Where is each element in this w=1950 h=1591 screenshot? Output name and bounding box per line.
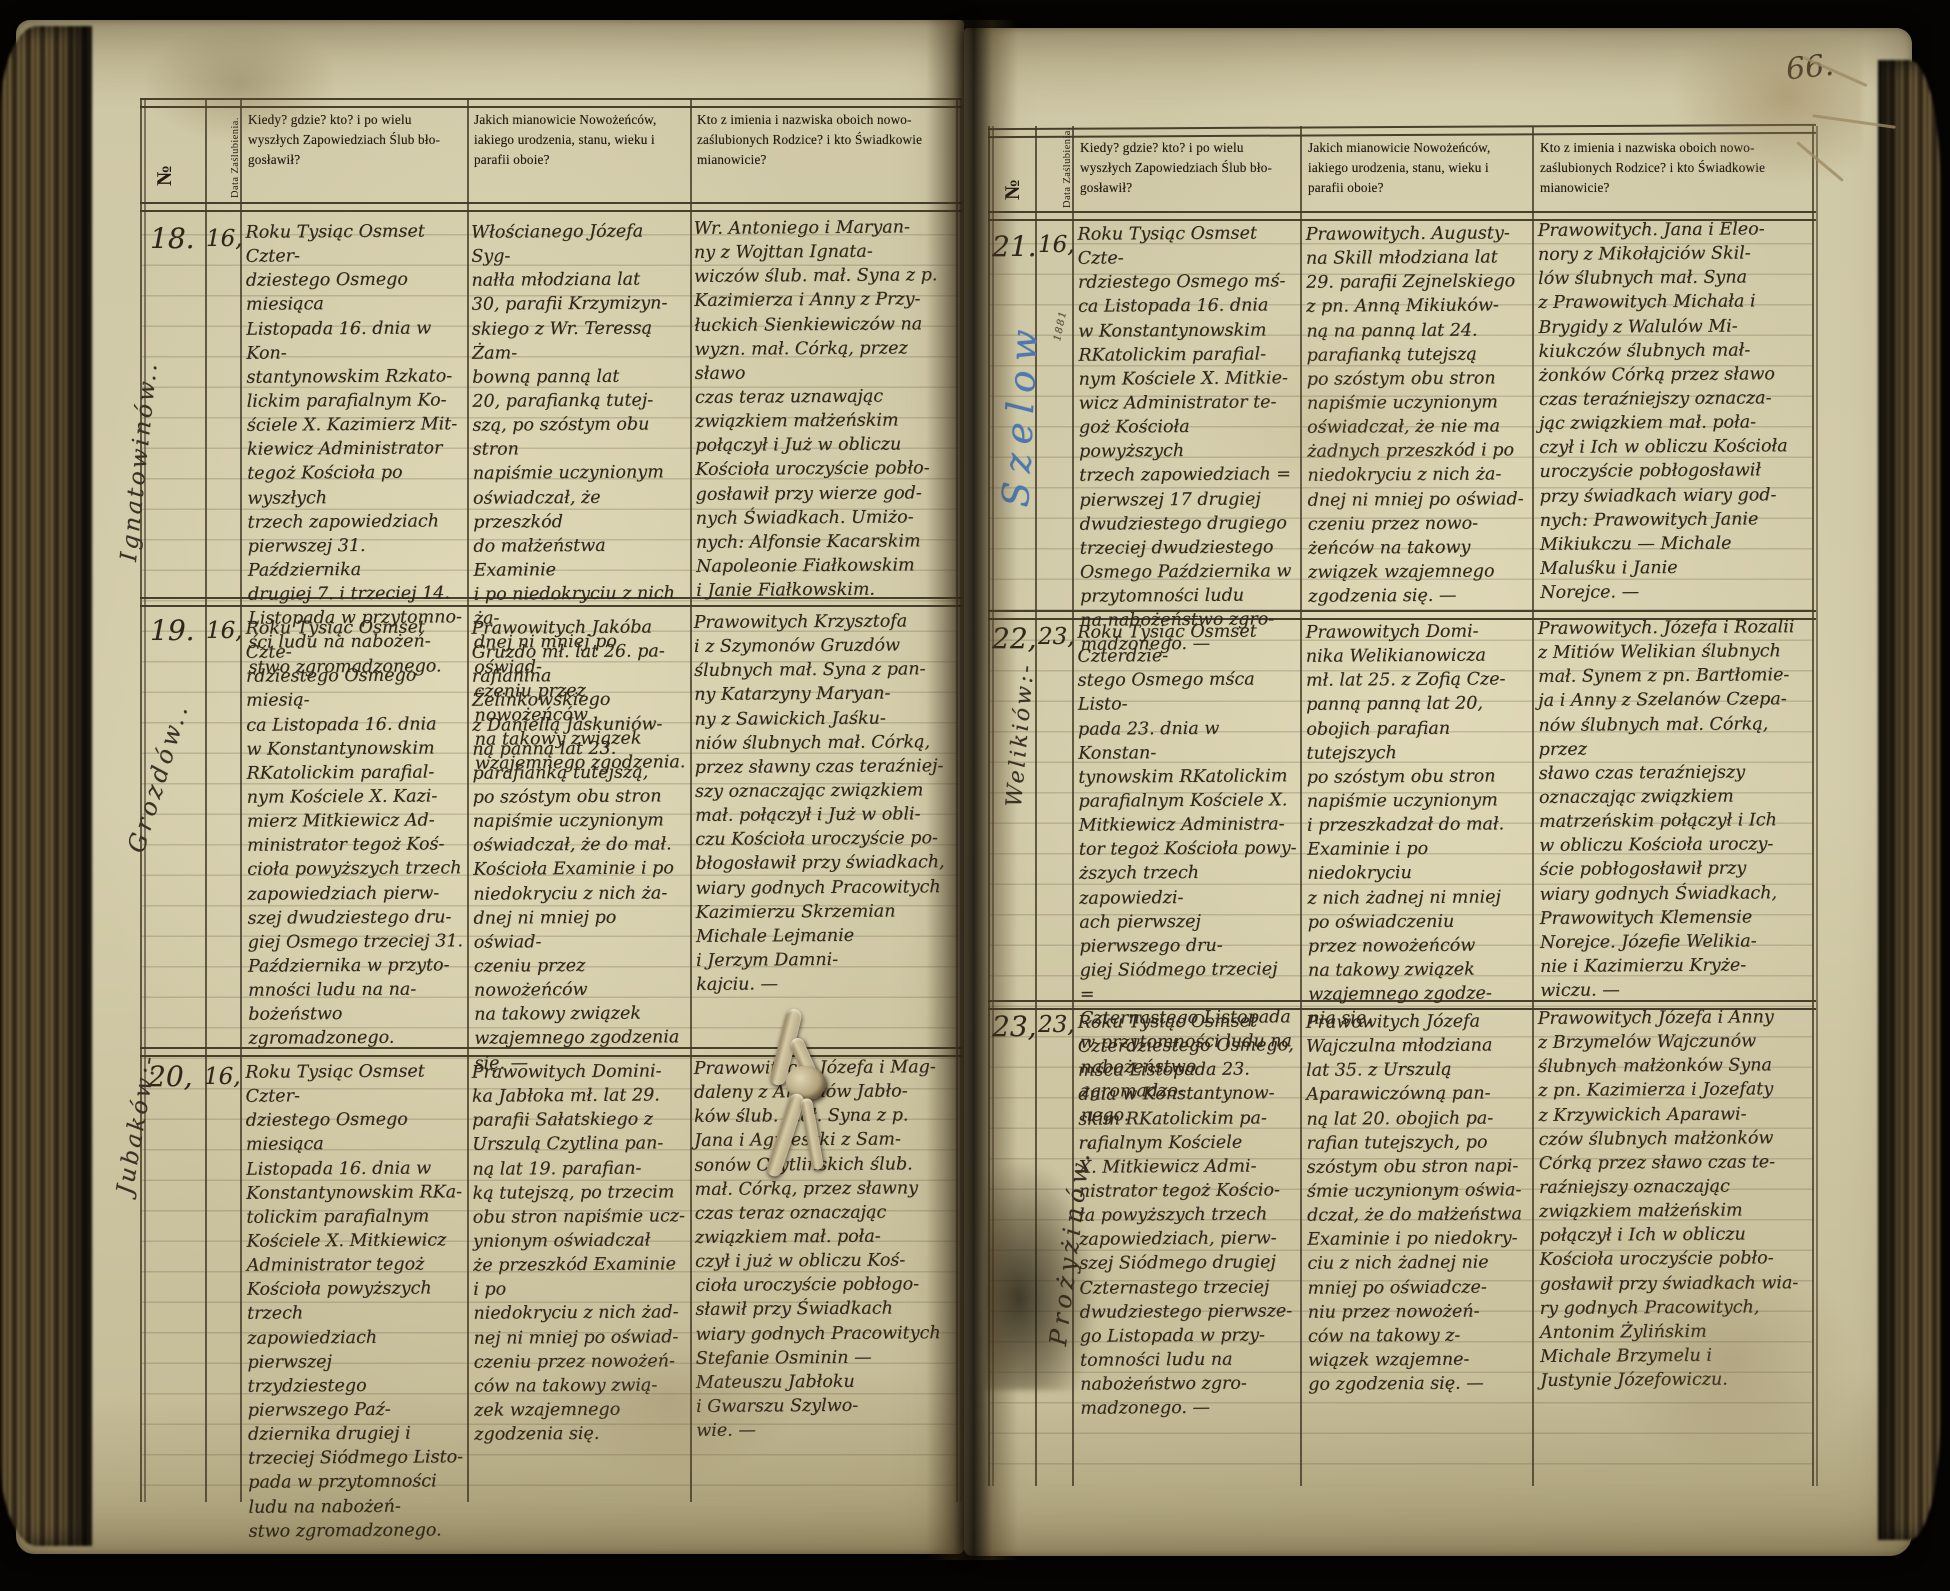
left-col-line-4	[690, 98, 692, 1502]
entry-22-parents-cell: Prawowitych. Józefa i Rozalii z Mitiów W…	[1538, 615, 1811, 1003]
right-header-when: Kiedy? gdzie? kto? i po wielu wyszłych Z…	[1080, 138, 1296, 197]
entry-23-newlyweds-cell: Prawowitych Józefa Wajczulna młodziana l…	[1306, 1009, 1531, 1397]
entry-18-date: 16,	[206, 226, 243, 252]
entry-19-number: 19.	[150, 614, 195, 647]
paper-stain	[540, 1320, 800, 1480]
entry-18-parents-cell: Wr. Antoniego i Maryan- ny z Wojttan Ign…	[694, 215, 963, 603]
entry-22-newlyweds-cell: Prawowitych Domi- nika Welikianowicza mł…	[1306, 619, 1531, 1031]
binding-cord	[748, 1008, 888, 1198]
frayed-corner-threads	[1672, 36, 1862, 186]
entry-19-when-cell: Roku Tysiąc Osmset Czte- rdziestego Osme…	[245, 615, 466, 1051]
left-header-bottom-rule	[140, 202, 962, 212]
entry-21-date: 16,	[1038, 232, 1075, 258]
left-header-newlyweds: Jakich mianowicie Nowożeńców, iakiego ur…	[474, 110, 686, 169]
paper-stain	[140, 24, 340, 144]
left-header-parents-witnesses: Kto z imienia i nazwiska oboich nowo- za…	[697, 110, 957, 169]
entry-19-parents-cell: Prawowitych Krzysztofa i z Szymonów Gruz…	[694, 609, 963, 997]
right-header-newlyweds: Jakich mianowicie Nowożeńców, iakiego ur…	[1308, 138, 1528, 197]
entry-19-newlyweds-cell: Prawowitych Jakóba Gruzdo mł. lat 26. pa…	[471, 615, 688, 1075]
entry-21-parents-cell: Prawowitych. Jana i Eleo- nory z Mikołaj…	[1538, 217, 1811, 605]
spine-page-edges	[0, 26, 92, 1546]
right-header-date: Data Zaślubienia.	[1062, 127, 1073, 208]
entry-19-date: 16,	[206, 618, 243, 644]
entry-22-date: 23,	[1038, 624, 1075, 650]
fore-edge-pages	[1878, 60, 1940, 1540]
paper-stain	[1600, 1250, 1860, 1470]
left-col-line-1	[205, 98, 207, 1502]
register-book-scan: № Data Zaślubienia. Kiedy? gdzie? kto? i…	[0, 0, 1950, 1591]
entry-18-when-cell: Roku Tysiąc Osmset Czter- dziestego Osme…	[245, 219, 466, 679]
left-header-number: №	[152, 164, 177, 186]
left-col-line-2	[240, 98, 242, 1502]
right-col-line-4	[1532, 126, 1534, 1486]
entry-23-date: 23,	[1038, 1012, 1075, 1038]
entry-20-when-cell: Roku Tysiąc Osmset Czter- dziestego Osme…	[245, 1059, 466, 1543]
paper-stain	[1180, 300, 1480, 560]
left-col-line-3	[467, 98, 469, 1502]
entry-20-date: 16,	[204, 1064, 241, 1090]
book-gutter-shadow	[926, 20, 1018, 1560]
entry-18-number: 18.	[150, 222, 195, 255]
entry-23-when-cell: Roku Tysiąc Osmset Czterdziestego Osmego…	[1078, 1009, 1299, 1421]
